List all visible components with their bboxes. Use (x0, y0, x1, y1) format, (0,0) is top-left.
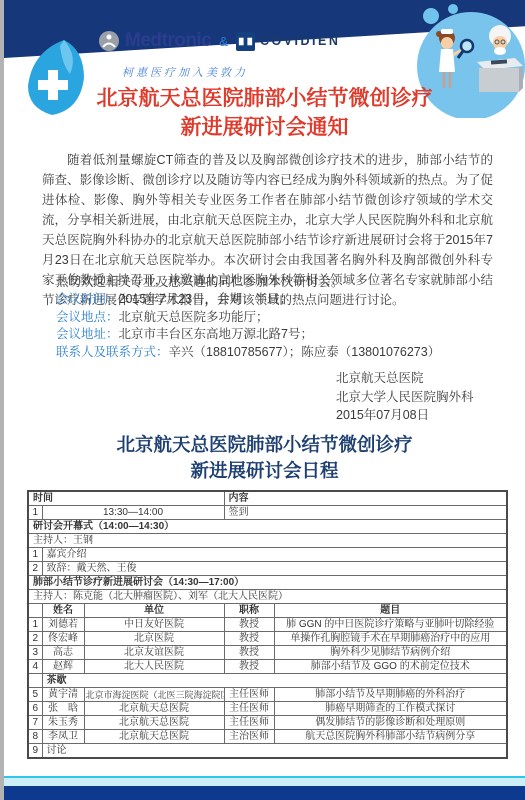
speaker-unit: 北京医院 (84, 632, 224, 646)
speaker-unit: 北京航天总医院 (84, 702, 224, 716)
speaker-row: 5 黄宇清 北京市海淀医院（北医三院海淀院区） 主任医师 肺部小结节及早期肺癌的… (28, 688, 507, 702)
opening-item-row: 2 致辞：戴天然、王俊 (28, 562, 507, 576)
notice-title: 北京航天总医院肺部小结节微创诊疗 新进展研讨会通知 (4, 84, 525, 142)
medtronic-icon (98, 30, 120, 52)
footer-navy-band (4, 786, 525, 800)
rank-column-header: 职称 (224, 604, 274, 618)
speaker-topic: 单操作孔胸腔镜手术在早期肺癌治疗中的应用 (274, 632, 507, 646)
speaker-name: 李凤卫 (42, 730, 84, 744)
row-number: 5 (28, 688, 42, 702)
signin-row: 1 13:30—14:00 签到 (28, 506, 507, 520)
meeting-time-label: 会议时间： (56, 292, 119, 306)
speaker-row: 1 刘德若 中日友好医院 教授 肺 GGN 的中日医院诊疗策略与亚肺叶切除经验 (28, 618, 507, 632)
speaker-row: 8 李凤卫 北京航天总医院 主治医师 航天总医院胸外科肺部小结节病例分享 (28, 730, 507, 744)
agenda-title: 北京航天总医院肺部小结节微创诊疗 新进展研讨会日程 (4, 432, 525, 484)
table-header-row: 时间 内容 (28, 491, 507, 506)
speaker-name: 高志 (42, 646, 84, 660)
medtronic-wordmark: Medtronic (125, 30, 211, 52)
ampersand: & (219, 34, 228, 49)
speaker-topic: 肺部小结节及早期肺癌的外科治疗 (274, 688, 507, 702)
meeting-address-label: 会议地址： (56, 327, 119, 341)
signature-department: 北京大学人民医院胸外科 (336, 388, 474, 407)
unit-column-header: 单位 (84, 604, 224, 618)
bubble-icon (423, 8, 439, 24)
signature-block: 北京航天总医院 北京大学人民医院胸外科 2015年07月08日 (336, 369, 474, 425)
opening-item-row: 1 嘉宾介绍 (28, 548, 507, 562)
agenda-title-line1: 北京航天总医院肺部小结节微创诊疗 (4, 432, 525, 458)
signature-hospital: 北京航天总医院 (336, 369, 474, 388)
contact-label: 联系人及联系方式： (56, 345, 169, 359)
row-number: 1 (28, 506, 42, 520)
row-number: 1 (28, 618, 42, 632)
speaker-topic: 偶发肺结节的影像诊断和处理原则 (274, 716, 507, 730)
discussion-row: 9 讨论 (28, 744, 507, 759)
discussion-label: 讨论 (42, 744, 507, 759)
speaker-rank: 教授 (224, 660, 274, 674)
topic-column-header: 题目 (274, 604, 507, 618)
speaker-name: 刘德若 (42, 618, 84, 632)
contact-value: 辛兴（18810785677）；陈应泰（13801076273） (169, 345, 441, 359)
footer-cyan-band (4, 776, 525, 786)
row-number: 6 (28, 702, 42, 716)
speaker-topic: 胸外科少见肺结节病例介绍 (274, 646, 507, 660)
row-number: 9 (28, 744, 42, 759)
signature-date: 2015年07月08日 (336, 406, 474, 425)
speaker-name: 张 晗 (42, 702, 84, 716)
speaker-rank: 主任医师 (224, 688, 274, 702)
row-number: 8 (28, 730, 42, 744)
meeting-time-value: 2015年7月23日，会期：半日； (119, 292, 293, 306)
tea-break-row: 茶歇 (28, 674, 507, 688)
brand-logos: Medtronic & COVIDIEN (98, 30, 340, 52)
speaker-unit: 北京航天总医院 (84, 716, 224, 730)
row-number: 2 (28, 562, 42, 576)
meeting-venue-value: 北京航天总医院多功能厅； (119, 310, 269, 324)
speaker-topic: 肺部小结节及 GGO 的术前定位技术 (274, 660, 507, 674)
speaker-topic: 航天总医院胸外科肺部小结节病例分享 (274, 730, 507, 744)
signin-time: 13:30—14:00 (42, 506, 224, 520)
row-number: 2 (28, 632, 42, 646)
tea-break-label: 茶歇 (42, 674, 507, 688)
opening-host: 主持人：王钢 (28, 534, 507, 548)
row-number: 4 (28, 660, 42, 674)
row-number: 3 (28, 646, 42, 660)
session-host-row: 主持人：陈克能（北大肿瘤医院）、刘军（北大人民医院） (28, 590, 507, 604)
speaker-row: 3 高志 北京友谊医院 教授 胸外科少见肺结节病例介绍 (28, 646, 507, 660)
signin-content: 签到 (224, 506, 507, 520)
speaker-row: 2 佟宏峰 北京医院 教授 单操作孔胸腔镜手术在早期肺癌治疗中的应用 (28, 632, 507, 646)
meeting-time-line: 会议时间：2015年7月23日，会期：半日； (56, 291, 493, 309)
notice-title-line1: 北京航天总医院肺部小结节微创诊疗 (4, 84, 525, 113)
speaker-name: 赵辉 (42, 660, 84, 674)
speaker-topic: 肺 GGN 的中日医院诊疗策略与亚肺叶切除经验 (274, 618, 507, 632)
row-number: 1 (28, 548, 42, 562)
notice-document-page: Medtronic & COVIDIEN 柯惠医疗加入美敦力 北京航天总医院肺部… (0, 0, 525, 800)
session-section-row: 肺部小结节诊疗新进展研讨会（14:30—17:00） (28, 576, 507, 590)
agenda-title-line2: 新进展研讨会日程 (4, 458, 525, 484)
speaker-unit: 中日友好医院 (84, 618, 224, 632)
meeting-venue-line: 会议地点：北京航天总医院多功能厅； (56, 309, 493, 327)
covidien-tagline: 柯惠医疗加入美敦力 (122, 64, 248, 80)
meeting-venue-label: 会议地点： (56, 310, 119, 324)
speaker-name: 黄宇清 (42, 688, 84, 702)
speaker-rank: 主治医师 (224, 730, 274, 744)
speaker-rank: 教授 (224, 632, 274, 646)
contact-line: 联系人及联系方式：辛兴（18810785677）；陈应泰（13801076273… (56, 344, 493, 362)
speaker-row: 7 朱玉秀 北京航天总医院 主任医师 偶发肺结节的影像诊断和处理原则 (28, 716, 507, 730)
speaker-row: 6 张 晗 北京航天总医院 主任医师 肺癌早期筛查的工作模式探讨 (28, 702, 507, 716)
meeting-address-line: 会议地址：北京市丰台区东高地万源北路7号； (56, 326, 493, 344)
speaker-unit: 北京航天总医院 (84, 730, 224, 744)
covidien-wordmark: COVIDIEN (260, 34, 340, 48)
speaker-unit: 北京友谊医院 (84, 646, 224, 660)
row-number: 7 (28, 716, 42, 730)
opening-section-title: 研讨会开幕式（14:00—14:30） (28, 520, 507, 534)
speaker-unit: 北京市海淀医院（北医三院海淀院区） (84, 688, 224, 702)
notice-title-line2: 新进展研讨会通知 (4, 113, 525, 142)
speaker-unit: 北大人民医院 (84, 660, 224, 674)
speaker-topic: 肺癌早期筛查的工作模式探讨 (274, 702, 507, 716)
speaker-rank: 主任医师 (224, 702, 274, 716)
meeting-info: 会议时间：2015年7月23日，会期：半日； 会议地点：北京航天总医院多功能厅；… (56, 291, 493, 361)
magnifier-icon (461, 40, 473, 52)
speaker-name: 朱玉秀 (42, 716, 84, 730)
opening-host-row: 主持人：王钢 (28, 534, 507, 548)
name-column-header: 姓名 (42, 604, 84, 618)
covidien-icon (236, 32, 255, 51)
agenda-table: 时间 内容 1 13:30—14:00 签到 研讨会开幕式（14:00—14:3… (27, 490, 508, 759)
opening-item-text: 嘉宾介绍 (42, 548, 507, 562)
speaker-name: 佟宏峰 (42, 632, 84, 646)
welcome-line: 热切欢迎相关专业及感兴趣的同仁参加本次研讨会。 (56, 272, 493, 290)
speaker-rank: 教授 (224, 618, 274, 632)
empty-cell (28, 604, 42, 618)
speaker-row: 4 赵辉 北大人民医院 教授 肺部小结节及 GGO 的术前定位技术 (28, 660, 507, 674)
meeting-address-value: 北京市丰台区东高地万源北路7号； (119, 327, 313, 341)
session-host: 主持人：陈克能（北大肿瘤医院）、刘军（北大人民医院） (28, 590, 507, 604)
session-section-title: 肺部小结节诊疗新进展研讨会（14:30—17:00） (28, 576, 507, 590)
content-column-header: 内容 (224, 491, 507, 506)
time-column-header: 时间 (28, 491, 224, 506)
opening-section-row: 研讨会开幕式（14:00—14:30） (28, 520, 507, 534)
empty-cell (28, 674, 42, 688)
opening-item-text: 致辞：戴天然、王俊 (42, 562, 507, 576)
speaker-header-row: 姓名 单位 职称 题目 (28, 604, 507, 618)
speaker-rank: 主任医师 (224, 716, 274, 730)
speaker-rank: 教授 (224, 646, 274, 660)
